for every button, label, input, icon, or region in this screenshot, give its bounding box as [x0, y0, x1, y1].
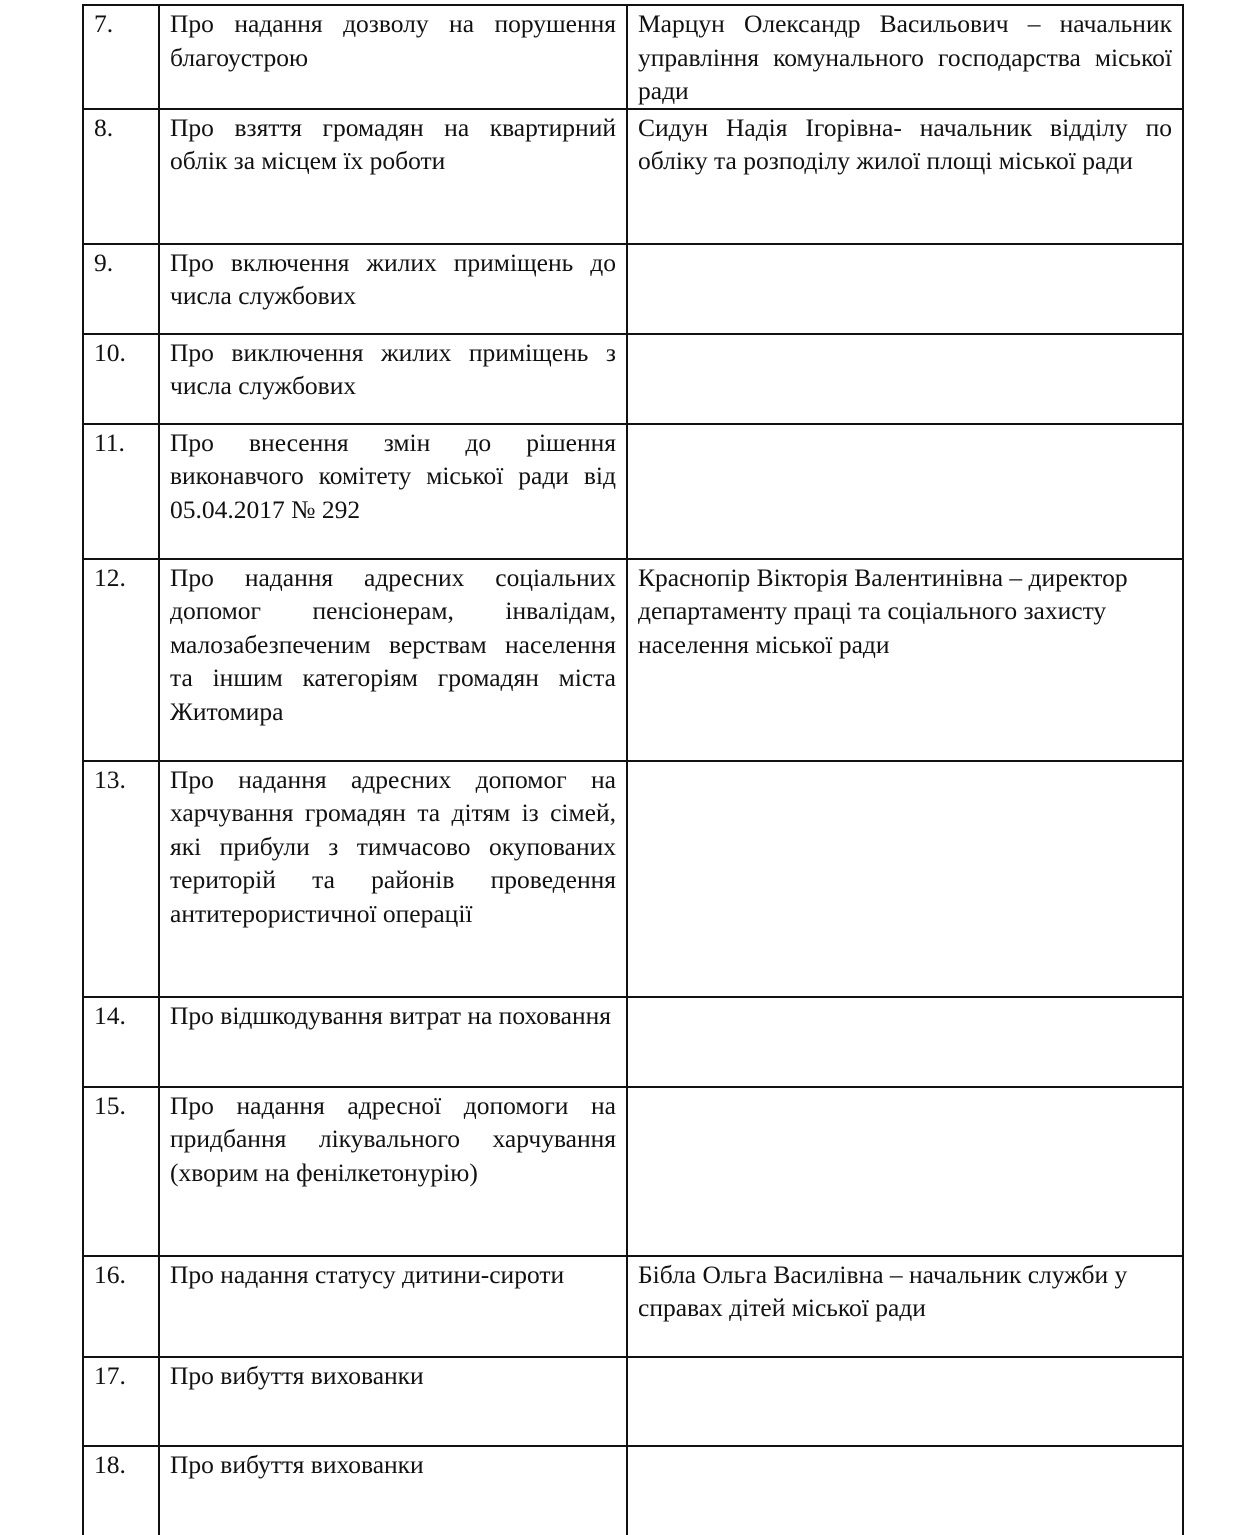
row-number: 10. — [83, 334, 159, 424]
row-number: 14. — [83, 997, 159, 1087]
agenda-topic: Про відшкодування витрат на поховання — [159, 997, 627, 1087]
table-row: 18. Про вибуття вихованки — [83, 1446, 1183, 1535]
agenda-topic: Про включення жилих приміщень до числа с… — [159, 244, 627, 334]
table-row: 8. Про взяття громадян на квартирний обл… — [83, 109, 1183, 244]
agenda-table: 7. Про надання дозволу на порушення благ… — [82, 4, 1184, 1535]
agenda-topic: Про взяття громадян на квартирний облік … — [159, 109, 627, 244]
table-row: 11. Про внесення змін до рішення виконав… — [83, 424, 1183, 559]
row-number: 11. — [83, 424, 159, 559]
speaker: Краснопір Вікторія Валентинівна – директ… — [627, 559, 1183, 761]
speaker: Бібла Ольга Василівна – начальник служби… — [627, 1256, 1183, 1357]
table-row: 13. Про надання адресних допомог на харч… — [83, 761, 1183, 997]
row-number: 7. — [83, 5, 159, 109]
agenda-topic: Про надання адресних допомог на харчуван… — [159, 761, 627, 997]
row-number: 16. — [83, 1256, 159, 1357]
speaker — [627, 1087, 1183, 1256]
speaker — [627, 244, 1183, 334]
agenda-topic: Про надання статусу дитини-сироти — [159, 1256, 627, 1357]
row-number: 13. — [83, 761, 159, 997]
agenda-topic: Про вибуття вихованки — [159, 1357, 627, 1446]
table-row: 9. Про включення жилих приміщень до числ… — [83, 244, 1183, 334]
agenda-topic: Про виключення жилих приміщень з числа с… — [159, 334, 627, 424]
row-number: 15. — [83, 1087, 159, 1256]
row-number: 8. — [83, 109, 159, 244]
agenda-topic: Про надання адресної допомоги на придбан… — [159, 1087, 627, 1256]
speaker — [627, 997, 1183, 1087]
row-number: 17. — [83, 1357, 159, 1446]
agenda-topic: Про надання дозволу на порушення благоус… — [159, 5, 627, 109]
speaker — [627, 1357, 1183, 1446]
table-row: 15. Про надання адресної допомоги на при… — [83, 1087, 1183, 1256]
speaker — [627, 334, 1183, 424]
table-row: 16. Про надання статусу дитини-сироти Бі… — [83, 1256, 1183, 1357]
row-number: 18. — [83, 1446, 159, 1535]
agenda-topic: Про внесення змін до рішення виконавчого… — [159, 424, 627, 559]
speaker: Марцун Олександр Васильович – начальник … — [627, 5, 1183, 109]
table-row: 7. Про надання дозволу на порушення благ… — [83, 5, 1183, 109]
table-row: 10. Про виключення жилих приміщень з чис… — [83, 334, 1183, 424]
row-number: 12. — [83, 559, 159, 761]
speaker: Сидун Надія Ігорівна- начальник відділу … — [627, 109, 1183, 244]
table-row: 17. Про вибуття вихованки — [83, 1357, 1183, 1446]
speaker — [627, 761, 1183, 997]
table-row: 12. Про надання адресних соціальних допо… — [83, 559, 1183, 761]
speaker — [627, 1446, 1183, 1535]
table-row: 14. Про відшкодування витрат на похованн… — [83, 997, 1183, 1087]
speaker — [627, 424, 1183, 559]
agenda-topic: Про надання адресних соціальних допомог … — [159, 559, 627, 761]
agenda-topic: Про вибуття вихованки — [159, 1446, 627, 1535]
row-number: 9. — [83, 244, 159, 334]
